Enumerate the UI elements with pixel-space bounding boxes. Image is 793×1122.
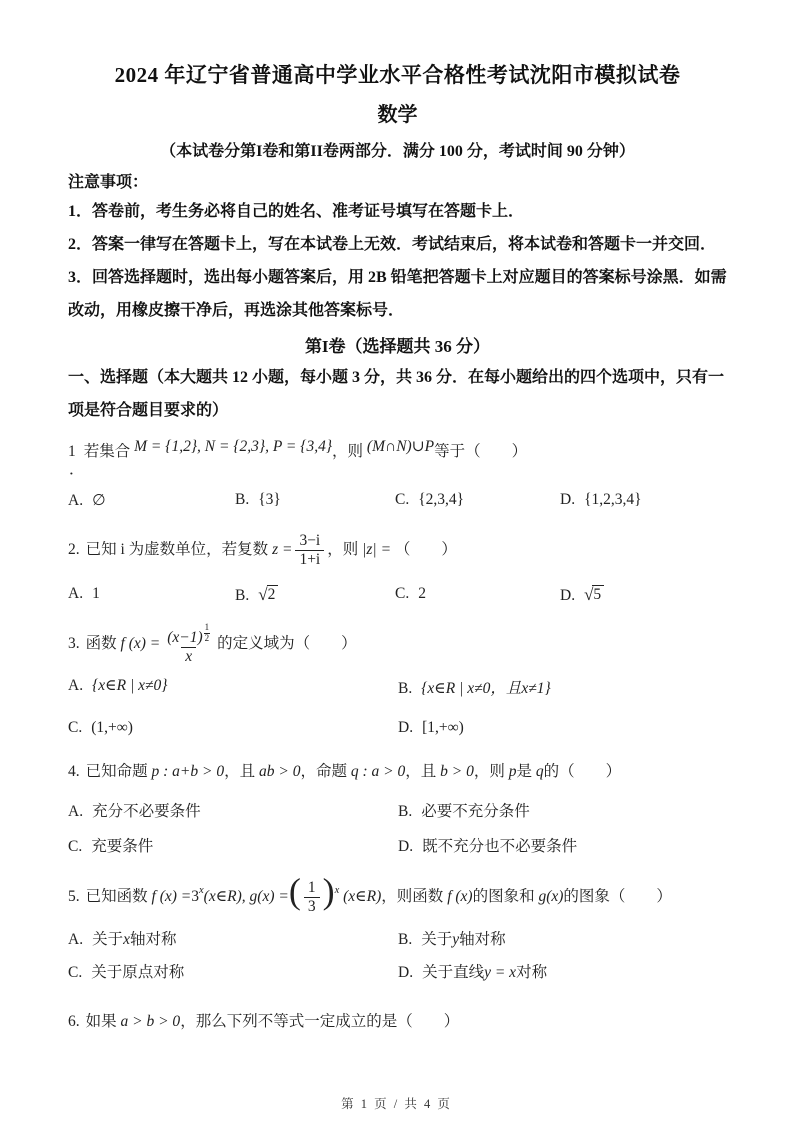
question-number-dot: ． xyxy=(69,457,85,483)
notice-item-1: 1．答卷前，考生务必将自己的姓名、准考证号填写在答题卡上． xyxy=(68,195,727,228)
option-c: C.{2,3,4} xyxy=(395,491,560,510)
radicand: 5 xyxy=(592,585,604,604)
option-text: 关于原点对称 xyxy=(91,964,184,981)
question-text: 等于（ ） xyxy=(434,443,527,460)
question-text: 若集合 xyxy=(84,443,131,460)
option-text: 对称 xyxy=(516,964,547,981)
math-base-3: 3 xyxy=(191,888,199,905)
question-4-number: 4. xyxy=(68,763,80,780)
fraction-numerator: 3−i xyxy=(295,532,324,550)
math-exponent-x: x xyxy=(335,885,340,896)
math-inequality: a > b > 0 xyxy=(121,1013,181,1030)
question-4: 4.已知命题 p : a+b > 0，且 ab > 0，命题 q : a > 0… xyxy=(68,759,727,785)
option-value: {x∈R | x≠0} xyxy=(92,677,167,694)
fraction-denominator: x xyxy=(181,647,196,666)
notice-heading: 注意事项： xyxy=(68,171,727,195)
option-value: [1,+∞) xyxy=(422,719,464,736)
radicand: 2 xyxy=(267,585,279,604)
exponent-fraction: 12 xyxy=(204,623,211,644)
question-text: ，且 xyxy=(405,763,436,780)
question-text: 已知命题 xyxy=(86,763,148,780)
option-label: D. xyxy=(560,491,575,508)
question-3-options: A.{x∈R | x≠0} B.{x∈R | x≠0，且x≠1} C.(1,+∞… xyxy=(68,676,727,737)
option-a: A.关于x轴对称 xyxy=(68,925,398,954)
question-text: 已知 i 为虚数单位，若复数 xyxy=(86,541,269,558)
option-label: D. xyxy=(398,964,413,981)
math-expression: (M∩N)∪P xyxy=(367,438,434,455)
option-b: B.关于y轴对称 xyxy=(398,925,727,954)
question-text: 的定义域为（ ） xyxy=(217,635,357,652)
exponent-numerator: 1 xyxy=(205,623,210,633)
option-value: {3} xyxy=(258,491,281,508)
question-1-number: 1． xyxy=(68,439,76,465)
option-value: {1,2,3,4} xyxy=(584,491,642,508)
question-2-number: 2. xyxy=(68,541,80,558)
option-label: B. xyxy=(398,680,412,697)
option-text: 轴对称 xyxy=(130,931,177,948)
question-text: ，且 xyxy=(224,763,255,780)
option-a: A.∅ xyxy=(68,491,235,510)
option-a: A.充分不必要条件 xyxy=(68,797,398,827)
math-sets: M = {1,2}, N = {2,3}, P = {3,4} xyxy=(134,438,332,455)
fraction-numerator: 1 xyxy=(304,879,320,897)
option-b: B.{x∈R | x≠0，且x≠1} xyxy=(398,676,727,698)
page-footer: 第 1 页 / 共 4 页 xyxy=(0,1094,793,1112)
math-q-statement: q : a > 0 xyxy=(351,763,405,780)
notice-item-3: 3．回答选择题时，选出每小题答案后，用 2B 铅笔把答题卡上对应题目的答案标号涂… xyxy=(68,261,727,327)
option-text: 关于直线 xyxy=(422,964,484,981)
question-3-number: 3. xyxy=(68,635,80,652)
question-4-options: A.充分不必要条件 B.必要不充分条件 C.充要条件 D.既不充分也不必要条件 xyxy=(68,797,727,862)
option-label: A. xyxy=(68,931,83,948)
fraction: 3−i1+i xyxy=(295,532,324,569)
section-title: 第I卷（选择题共 36 分） xyxy=(68,332,727,361)
question-5: 5.已知函数 f (x) =3x(x∈R), g(x) =(13)x (x∈R)… xyxy=(68,878,727,916)
option-text: 关于 xyxy=(92,931,123,948)
left-paren: ( xyxy=(289,871,301,911)
math-b: b > 0 xyxy=(440,763,474,780)
question-1: 1．若集合 M = {1,2}, N = {2,3}, P = {3,4}，则 … xyxy=(68,439,727,465)
option-c: C.充要条件 xyxy=(68,832,398,862)
exam-subject: 数学 xyxy=(68,102,727,129)
fraction: 13 xyxy=(304,879,320,916)
notice-item-2: 2．答案一律写在答题卡上，写在本试卷上无效．考试结束后，将本试卷和答题卡一并交回… xyxy=(68,228,727,261)
option-label: B. xyxy=(235,491,249,508)
option-a: A.{x∈R | x≠0} xyxy=(68,676,398,698)
option-value: 充要条件 xyxy=(91,838,153,855)
question-5-number: 5. xyxy=(68,888,80,905)
question-text: 函数 xyxy=(86,635,117,652)
answer-blank: ，那么下列不等式一定成立的是（ ） xyxy=(180,1013,459,1030)
option-value: 1 xyxy=(92,585,100,602)
question-1-options: A.∅ B.{3} C.{2,3,4} D.{1,2,3,4} xyxy=(68,491,727,510)
option-label: C. xyxy=(68,964,82,981)
numerator-base: (x−1) xyxy=(167,629,202,646)
question-2: 2.已知 i 为虚数单位，若复数 z =3−i1+i，则 |z| = （ ） xyxy=(68,532,727,569)
option-c: C.(1,+∞) xyxy=(68,719,398,737)
page-number-text: 第 1 页 / 共 4 页 xyxy=(341,1097,452,1111)
option-label: A. xyxy=(68,677,83,694)
math-p-statement: p : a+b > 0 xyxy=(152,763,225,780)
option-label: B. xyxy=(235,587,249,604)
fraction: (x−1)12x xyxy=(163,623,214,666)
math-ab: ab > 0 xyxy=(259,763,300,780)
option-math: y = x xyxy=(484,964,516,981)
answer-blank: 的图象（ ） xyxy=(563,888,672,905)
sqrt-expression: √2 xyxy=(258,585,278,605)
option-label: C. xyxy=(68,838,82,855)
option-label: D. xyxy=(398,838,413,855)
math-domain-and-gx: (x∈R), g(x) = xyxy=(204,888,289,905)
option-label: B. xyxy=(398,931,412,948)
question-5-options: A.关于x轴对称 B.关于y轴对称 C.关于原点对称 D.关于直线y = x对称 xyxy=(68,925,727,987)
fraction-denominator: 3 xyxy=(304,897,320,916)
option-label: C. xyxy=(68,719,82,736)
option-value: ∅ xyxy=(92,492,106,509)
option-label: D. xyxy=(398,719,413,736)
question-text: ，则函数 xyxy=(381,888,443,905)
question-text: ，则 xyxy=(327,541,358,558)
option-label: A. xyxy=(68,492,83,509)
option-text: 关于 xyxy=(421,931,452,948)
question-3: 3.函数 f (x) =(x−1)12x的定义域为（ ） xyxy=(68,623,727,666)
fraction-numerator: (x−1)12 xyxy=(163,623,214,647)
question-text: ，命题 xyxy=(300,763,347,780)
page-content: 2024 年辽宁省普通高中学业水平合格性考试沈阳市模拟试卷 数学 （本试卷分第I… xyxy=(0,0,793,1035)
option-c: C.2 xyxy=(395,585,560,605)
option-c: C.关于原点对称 xyxy=(68,958,398,987)
option-value: (1,+∞) xyxy=(91,719,133,736)
option-label: C. xyxy=(395,585,409,602)
question-text: ，则 xyxy=(474,763,505,780)
option-value: 充分不必要条件 xyxy=(92,803,201,820)
exponent-denominator: 2 xyxy=(204,633,211,644)
question-text: 如果 xyxy=(86,1013,117,1030)
option-a: A.1 xyxy=(68,585,235,605)
option-label: A. xyxy=(68,585,83,602)
right-paren: ) xyxy=(323,871,335,911)
option-b: B.必要不充分条件 xyxy=(398,797,727,827)
question-text: 的图象和 xyxy=(473,888,535,905)
option-d: D.{1,2,3,4} xyxy=(560,491,727,510)
answer-blank: （ ） xyxy=(395,541,457,558)
question-text: 已知函数 xyxy=(86,888,148,905)
question-text: ，则 xyxy=(332,443,363,460)
math-fx-def: f (x) = xyxy=(152,888,192,905)
sqrt-expression: √5 xyxy=(584,585,604,605)
exam-title: 2024 年辽宁省普通高中学业水平合格性考试沈阳市模拟试卷 xyxy=(68,62,727,89)
section-instructions: 一、选择题（本大题共 12 小题，每小题 3 分，共 36 分．在每小题给出的四… xyxy=(68,361,727,427)
option-math: x xyxy=(123,931,130,948)
option-d: D.既不充分也不必要条件 xyxy=(398,832,727,862)
option-label: A. xyxy=(68,803,83,820)
exam-info-line: （本试卷分第I卷和第II卷两部分．满分 100 分，考试时间 90 分钟） xyxy=(68,140,727,163)
option-d: D.√5 xyxy=(560,585,727,605)
option-value: 既不充分也不必要条件 xyxy=(422,838,577,855)
option-label: D. xyxy=(560,587,575,604)
option-b: B.√2 xyxy=(235,585,395,605)
option-value: 必要不充分条件 xyxy=(421,803,530,820)
math-domain: (x∈R) xyxy=(343,888,381,905)
question-text: 是 xyxy=(516,763,532,780)
option-label: B. xyxy=(398,803,412,820)
fraction-denominator: 1+i xyxy=(295,550,324,569)
option-text: 轴对称 xyxy=(459,931,506,948)
math-q: q xyxy=(536,763,544,780)
exam-paper-page: 2024 年辽宁省普通高中学业水平合格性考试沈阳市模拟试卷 数学 （本试卷分第I… xyxy=(0,0,793,1122)
math-gx: g(x) xyxy=(538,888,563,905)
option-value: {2,3,4} xyxy=(418,491,464,508)
option-value: 2 xyxy=(418,585,426,602)
option-b: B.{3} xyxy=(235,491,395,510)
math-fx: f (x) = xyxy=(121,635,161,652)
option-d: D.[1,+∞) xyxy=(398,719,727,737)
question-6-number: 6. xyxy=(68,1013,80,1030)
question-6: 6.如果 a > b > 0，那么下列不等式一定成立的是（ ） xyxy=(68,1009,727,1035)
option-label: C. xyxy=(395,491,409,508)
math-fx: f (x) xyxy=(447,888,472,905)
answer-blank: 的（ ） xyxy=(544,763,622,780)
math-abs-expression: |z| = xyxy=(362,541,391,558)
option-value: {x∈R | x≠0，且x≠1} xyxy=(421,680,551,697)
math-z-lhs: z = xyxy=(272,541,292,558)
question-2-options: A.1 B.√2 C.2 D.√5 xyxy=(68,585,727,605)
option-d: D.关于直线y = x对称 xyxy=(398,958,727,987)
